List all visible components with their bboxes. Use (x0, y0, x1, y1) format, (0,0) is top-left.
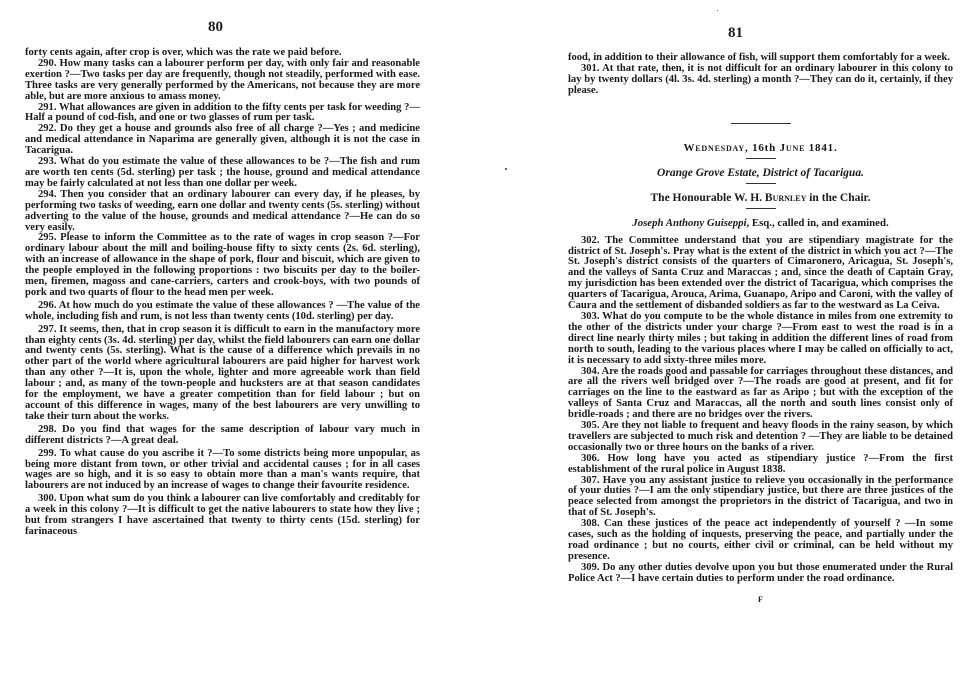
paragraph-300: 300. Upon what sum do you think a labour… (25, 494, 420, 538)
scan-speck (717, 10, 718, 11)
paragraph-295: 295. Please to inform the Committee as t… (25, 233, 420, 298)
page-number: 81 (518, 23, 953, 43)
paragraph-307: 307. Have you any assistant justice to r… (568, 476, 953, 520)
chair-name: Burnley (765, 192, 806, 204)
paragraph-299: 299. To what cause do you ascribe it ?—T… (25, 449, 420, 493)
header-divider (746, 208, 776, 209)
left-page: 80 forty cents again, after crop is over… (25, 0, 420, 538)
paragraph-301: 301. At that rate, then, it is not diffi… (568, 64, 953, 97)
session-chair: The Honourable W. H. Burnley in the Chai… (568, 192, 953, 204)
paragraph-292: 292. Do they get a house and grounds als… (25, 124, 420, 157)
paragraph-306: 306. How long have you acted as stipendi… (568, 454, 953, 476)
session-weekday: Wednesday (683, 142, 744, 154)
witness-line: Joseph Anthony Guiseppi, Esq., called in… (568, 217, 953, 229)
paragraph-294: 294. Then you consider that an ordinary … (25, 190, 420, 234)
paragraph-305: 305. Are they not liable to frequent and… (568, 421, 953, 454)
right-page: 81 food, in addition to their allowance … (568, 0, 953, 604)
paragraph-309: 309. Do any other duties devolve upon yo… (568, 563, 953, 585)
witness-name: Joseph Anthony Guiseppi (632, 217, 746, 229)
session-location: Orange Grove Estate, District of Tacarig… (568, 167, 953, 179)
left-page-body: forty cents again, after crop is over, w… (25, 48, 420, 538)
section-divider (731, 123, 791, 124)
right-page-body: food, in addition to their allowance of … (568, 53, 953, 604)
header-divider (746, 158, 776, 159)
signature-mark: F (568, 595, 953, 604)
paragraph-296: 296. At how much do you estimate the val… (25, 301, 420, 323)
session-day: , 16th (745, 142, 780, 154)
header-divider (746, 183, 776, 184)
paragraph-304: 304. Are the roads good and passable for… (568, 367, 953, 422)
session-month: June (780, 142, 806, 154)
paragraph-308: 308. Can these justices of the peace act… (568, 519, 953, 563)
chair-suffix: in the Chair. (806, 192, 870, 204)
session-date: Wednesday, 16th June 1841. (568, 142, 953, 154)
page-number: 80 (11, 17, 420, 37)
session-year: 1841. (805, 142, 837, 154)
chair-prefix: The Honourable W. H. (651, 192, 765, 204)
paragraph-302: 302. The Committee understand that you a… (568, 236, 953, 312)
paragraph-291: 291. What allowances are given in additi… (25, 103, 420, 125)
witness-suffix: , Esq., called in, and examined. (747, 217, 889, 229)
paragraph-297: 297. It seems, then, that in crop season… (25, 325, 420, 423)
paragraph-290: 290. How many tasks can a labourer perfo… (25, 59, 420, 103)
paragraph-303: 303. What do you compute to be the whole… (568, 312, 953, 367)
scan-speck (505, 168, 507, 170)
paragraph-293: 293. What do you estimate the value of t… (25, 157, 420, 190)
paragraph-298: 298. Do you find that wages for the same… (25, 425, 420, 447)
